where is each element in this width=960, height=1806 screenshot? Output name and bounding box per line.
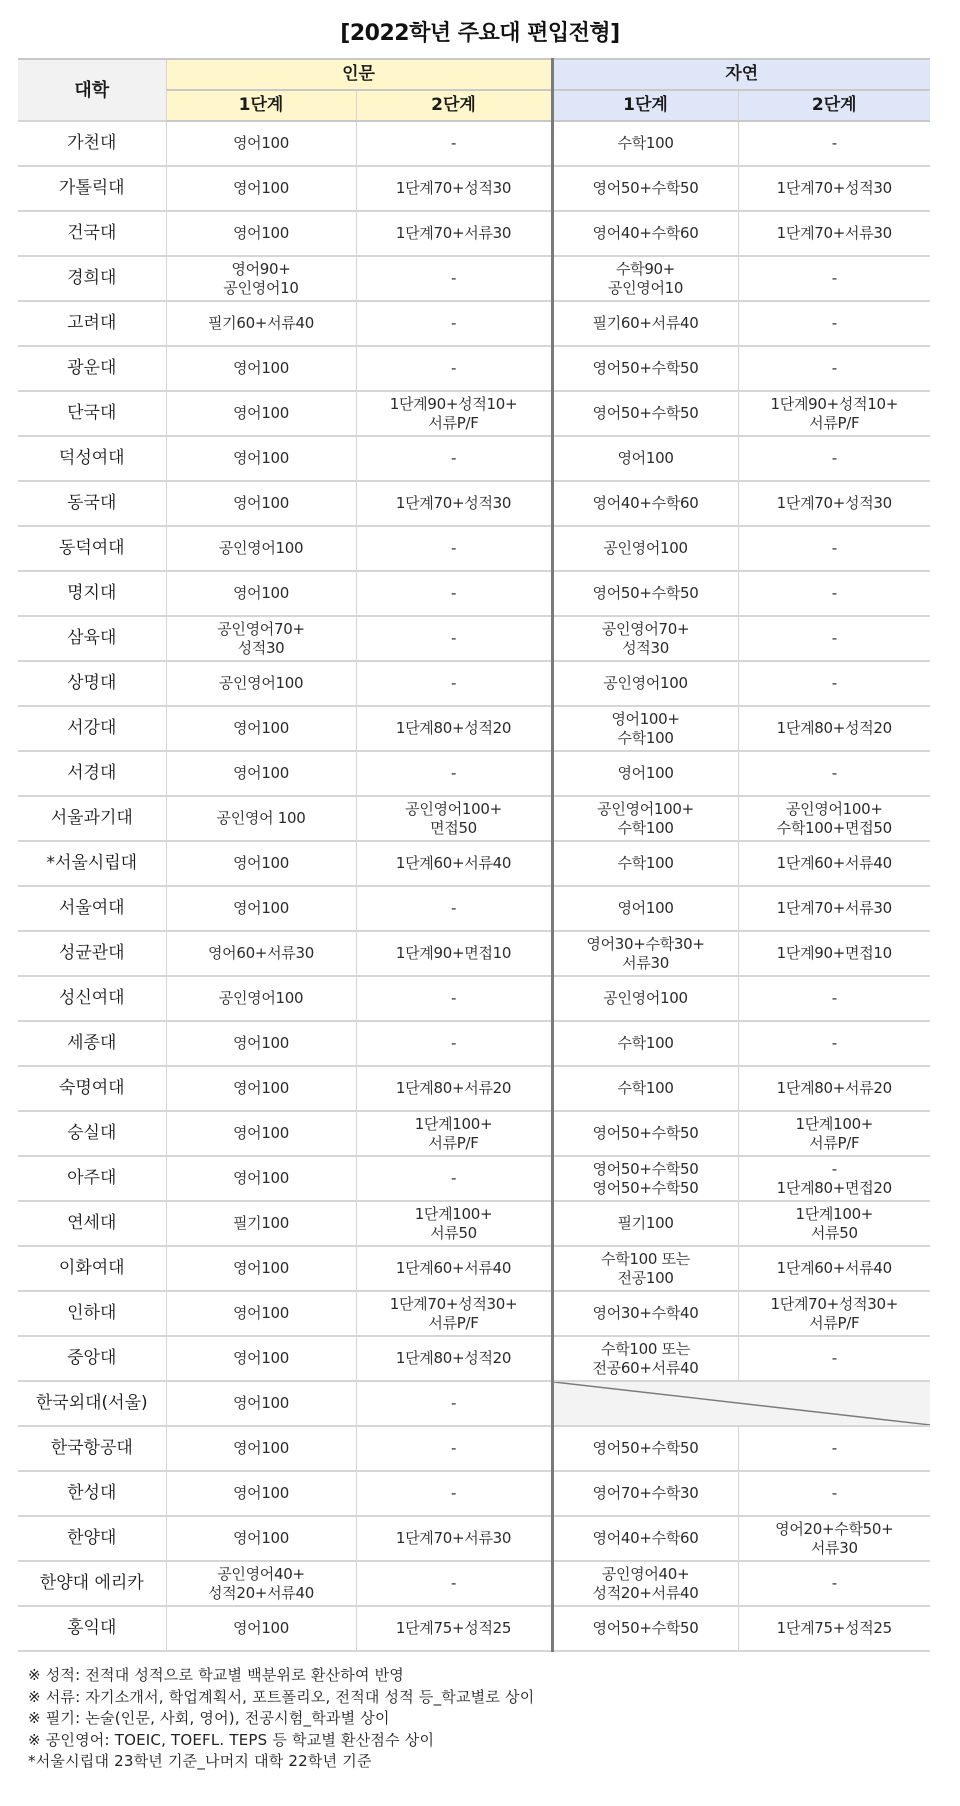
cell-text: 영어40+수학60 [558, 494, 734, 513]
natural-stage2-cell: 1단계80+성적20 [738, 706, 930, 751]
humanities-stage2-cell: - [356, 256, 552, 301]
humanities-stage1-cell: 공인영어100 [166, 526, 356, 571]
cell-text: 1단계75+성적25 [743, 1619, 927, 1638]
cell-text: 1단계70+성적30 [361, 494, 547, 513]
cell-text: 수학100 [558, 134, 734, 153]
cell-text: 1단계70+성적30 [743, 179, 927, 198]
cell-text: 공인영어10 [171, 279, 352, 298]
cell-text: 영어50+수학50 [558, 359, 734, 378]
cell-text: 1단계60+서류40 [743, 854, 927, 873]
natural-stage1-cell: 공인영어100 [552, 526, 738, 571]
cell-text: 영어100 [171, 1484, 352, 1503]
table-row: 한양대영어1001단계70+서류30영어40+수학60영어20+수학50+서류3… [18, 1516, 930, 1561]
cell-text: - [743, 584, 927, 603]
cell-text: 수학100 [558, 854, 734, 873]
university-name: 한성대 [18, 1471, 166, 1516]
natural-stage2-cell: 1단계90+성적10+서류P/F [738, 391, 930, 436]
cell-text: 공인영어100 [171, 674, 352, 693]
cell-text: 1단계90+성적10+ [743, 395, 927, 414]
university-name: 숙명여대 [18, 1066, 166, 1111]
cell-text: 공인영어100+ [558, 800, 734, 819]
natural-stage2-cell: - [738, 751, 930, 796]
natural-stage2-cell: - [738, 1471, 930, 1516]
university-name: 성균관대 [18, 931, 166, 976]
humanities-stage2-cell: 1단계60+서류40 [356, 1246, 552, 1291]
cell-text: 1단계100+ [743, 1115, 927, 1134]
footnote-line: ※ 필기: 논술(인문, 사회, 영어), 전공시험_학과별 상이 [28, 1708, 534, 1730]
natural-stage1-cell: 영어50+수학50 [552, 571, 738, 616]
natural-stage1-cell: 수학100 [552, 841, 738, 886]
table-row: 동국대영어1001단계70+성적30영어40+수학601단계70+성적30 [18, 481, 930, 526]
university-name: 연세대 [18, 1201, 166, 1246]
natural-stage1-cell: 공인영어100+수학100 [552, 796, 738, 841]
cell-text: - [361, 989, 547, 1008]
natural-stage2-cell: 1단계75+성적25 [738, 1606, 930, 1651]
cell-text: 영어100 [171, 899, 352, 918]
natural-stage1-cell: 영어40+수학60 [552, 1516, 738, 1561]
cell-text: 서류50 [361, 1224, 547, 1243]
cell-text: 1단계70+성적30+ [743, 1295, 927, 1314]
cell-text: 서류P/F [361, 414, 547, 433]
natural-stage1-cell: 영어50+수학50 [552, 391, 738, 436]
humanities-stage2-cell: 1단계100+서류P/F [356, 1111, 552, 1156]
humanities-stage1-cell: 영어100 [166, 121, 356, 166]
university-name: 숭실대 [18, 1111, 166, 1156]
cell-text: 전공100 [558, 1269, 734, 1288]
humanities-stage2-cell: - [356, 1021, 552, 1066]
humanities-stage1-cell: 영어100 [166, 1336, 356, 1381]
table-row: 단국대영어1001단계90+성적10+서류P/F영어50+수학501단계90+성… [18, 391, 930, 436]
university-name: 한국항공대 [18, 1426, 166, 1471]
natural-stage2-cell: - [738, 121, 930, 166]
natural-stage2-cell: - [738, 526, 930, 571]
cell-text: - [743, 1484, 927, 1503]
table-row: 세종대영어100-수학100- [18, 1021, 930, 1066]
humanities-stage2-cell: - [356, 886, 552, 931]
humanities-stage1-cell: 영어60+서류30 [166, 931, 356, 976]
university-name: 단국대 [18, 391, 166, 436]
university-name: 광운대 [18, 346, 166, 391]
cell-text: - [361, 899, 547, 918]
natural-stage2-cell: 1단계60+서류40 [738, 841, 930, 886]
university-name: 이화여대 [18, 1246, 166, 1291]
cell-text: 1단계100+ [743, 1205, 927, 1224]
cell-text: 영어90+ [171, 260, 352, 279]
natural-stage1-cell: 필기100 [552, 1201, 738, 1246]
cell-text: 공인영어40+ [558, 1565, 734, 1584]
cell-text: 공인영어 100 [171, 809, 352, 828]
cell-text: 공인영어100 [558, 539, 734, 558]
cell-text: 1단계70+서류30 [743, 899, 927, 918]
cell-text: - [743, 1439, 927, 1458]
natural-stage1-cell: 수학100 또는전공60+서류40 [552, 1336, 738, 1381]
natural-stage2-cell: 1단계90+면접10 [738, 931, 930, 976]
natural-stage2-cell: 1단계100+서류P/F [738, 1111, 930, 1156]
cell-text: 영어100 [171, 449, 352, 468]
natural-stage2-cell: 공인영어100+수학100+면접50 [738, 796, 930, 841]
humanities-stage2-cell: - [356, 751, 552, 796]
humanities-stage2-cell: 1단계70+성적30 [356, 481, 552, 526]
cell-text: - [743, 1160, 927, 1179]
natural-stage1-cell: 수학100 [552, 121, 738, 166]
table-row: 인하대영어1001단계70+성적30+서류P/F영어30+수학401단계70+성… [18, 1291, 930, 1336]
table-row: 성균관대영어60+서류301단계90+면접10영어30+수학30+서류301단계… [18, 931, 930, 976]
cell-text: - [743, 449, 927, 468]
cell-text: 수학100 [558, 729, 734, 748]
table-row: 이화여대영어1001단계60+서류40수학100 또는전공1001단계60+서류… [18, 1246, 930, 1291]
cell-text: 영어100 [171, 584, 352, 603]
natural-stage1-cell: 영어50+수학50 [552, 166, 738, 211]
natural-stage1-cell: 영어50+수학50영어50+수학50 [552, 1156, 738, 1201]
cell-text: 1단계75+성적25 [361, 1619, 547, 1638]
university-name: 한양대 [18, 1516, 166, 1561]
diagonal-slash-icon [554, 1382, 931, 1425]
natural-stage2-cell: -1단계80+면접20 [738, 1156, 930, 1201]
humanities-stage1-cell: 공인영어70+성적30 [166, 616, 356, 661]
cell-text: 1단계70+서류30 [361, 224, 547, 243]
cell-text: 1단계60+서류40 [361, 1259, 547, 1278]
cell-text: 영어30+수학40 [558, 1304, 734, 1323]
cell-text: 서류P/F [361, 1134, 547, 1153]
university-name: 동덕여대 [18, 526, 166, 571]
natural-stage2-cell: - [738, 661, 930, 706]
table-row: 홍익대영어1001단계75+성적25영어50+수학501단계75+성적25 [18, 1606, 930, 1651]
header-row-top: 대학 인문 자연 [18, 59, 930, 90]
cell-text: 공인영어70+ [558, 620, 734, 639]
humanities-stage1-cell: 공인영어100 [166, 661, 356, 706]
cell-text: 영어100 [558, 899, 734, 918]
cell-text: - [743, 629, 927, 648]
cell-text: 1단계80+성적20 [361, 1349, 547, 1368]
cell-text: - [743, 1349, 927, 1368]
cell-text: - [743, 314, 927, 333]
table-row: 서울여대영어100-영어1001단계70+서류30 [18, 886, 930, 931]
humanities-stage1-cell: 영어100 [166, 1246, 356, 1291]
cell-text: 수학90+ [558, 260, 734, 279]
cell-text: 1단계70+성적30 [743, 494, 927, 513]
humanities-stage2-cell: - [356, 616, 552, 661]
cell-text: 1단계70+성적30+ [361, 1295, 547, 1314]
cell-text: - [743, 674, 927, 693]
humanities-stage1-cell: 필기100 [166, 1201, 356, 1246]
humanities-stage2-cell: - [356, 301, 552, 346]
cell-text: 영어100 [171, 1394, 352, 1413]
humanities-stage1-cell: 영어100 [166, 706, 356, 751]
footnote-line: *서울시립대 23학년 기준_나머지 대학 22학년 기준 [28, 1751, 534, 1773]
university-name: 세종대 [18, 1021, 166, 1066]
cell-text: 1단계80+서류20 [361, 1079, 547, 1098]
humanities-stage1-cell: 영어100 [166, 1471, 356, 1516]
humanities-stage2-cell: - [356, 436, 552, 481]
cell-text: 1단계80+성적20 [361, 719, 547, 738]
humanities-stage1-cell: 영어100 [166, 1291, 356, 1336]
cell-text: 영어50+수학50 [558, 1160, 734, 1179]
natural-stage2-cell: 1단계80+서류20 [738, 1066, 930, 1111]
header-humanities-stage2: 2단계 [356, 90, 552, 121]
cell-text: 영어50+수학50 [558, 1619, 734, 1638]
cell-text: 공인영어100 [558, 989, 734, 1008]
cell-text: 영어70+수학30 [558, 1484, 734, 1503]
cell-text: - [361, 1394, 547, 1413]
table-row: 건국대영어1001단계70+서류30영어40+수학601단계70+서류30 [18, 211, 930, 256]
cell-text: - [361, 1169, 547, 1188]
natural-stage2-cell: 1단계70+성적30 [738, 166, 930, 211]
cell-text: 1단계80+면접20 [743, 1179, 927, 1198]
cell-text: 성적30 [171, 639, 352, 658]
cell-text: 공인영어100 [171, 989, 352, 1008]
natural-stage2-cell: 1단계70+성적30 [738, 481, 930, 526]
cell-text: 영어100 [171, 854, 352, 873]
university-name: 서경대 [18, 751, 166, 796]
natural-stage1-cell: 영어100 [552, 751, 738, 796]
cell-text: 영어100 [171, 1619, 352, 1638]
footnote-line: ※ 서류: 자기소개서, 학업계획서, 포트폴리오, 전적대 성적 등_학교별로… [28, 1687, 534, 1709]
cell-text: 영어100 [171, 1169, 352, 1188]
natural-stage1-cell: 필기60+서류40 [552, 301, 738, 346]
table-row: 한국항공대영어100-영어50+수학50- [18, 1426, 930, 1471]
cell-text: 영어50+수학50 [558, 404, 734, 423]
university-name: 중앙대 [18, 1336, 166, 1381]
university-name: 한국외대(서울) [18, 1381, 166, 1426]
cell-text: - [361, 314, 547, 333]
table-row: 고려대필기60+서류40-필기60+서류40- [18, 301, 930, 346]
cell-text: - [361, 764, 547, 783]
cell-text: - [361, 1034, 547, 1053]
university-name: 한양대 에리카 [18, 1561, 166, 1606]
cell-text: 영어100 [171, 1439, 352, 1458]
cell-text: 영어50+수학50 [558, 179, 734, 198]
humanities-stage1-cell: 공인영어 100 [166, 796, 356, 841]
natural-stage1-cell: 영어40+수학60 [552, 481, 738, 526]
humanities-stage2-cell: 1단계75+성적25 [356, 1606, 552, 1651]
cell-text: 영어100+ [558, 710, 734, 729]
cell-text: 1단계70+성적30 [361, 179, 547, 198]
cell-text: 수학100 또는 [558, 1250, 734, 1269]
humanities-stage2-cell: - [356, 571, 552, 616]
cell-text: 필기100 [558, 1214, 734, 1233]
humanities-stage1-cell: 영어100 [166, 571, 356, 616]
humanities-stage1-cell: 영어100 [166, 841, 356, 886]
cell-text: - [743, 1034, 927, 1053]
cell-text: 영어100 [171, 1124, 352, 1143]
footnotes: ※ 성적: 전적대 성적으로 학교별 백분위로 환산하여 반영※ 서류: 자기소… [28, 1665, 534, 1773]
table-row: 중앙대영어1001단계80+성적20수학100 또는전공60+서류40- [18, 1336, 930, 1381]
humanities-stage1-cell: 영어100 [166, 1606, 356, 1651]
university-name: 명지대 [18, 571, 166, 616]
footnote-line: ※ 공인영어: TOEIC, TOEFL. TEPS 등 학교별 환산점수 상이 [28, 1730, 534, 1752]
university-name: 동국대 [18, 481, 166, 526]
humanities-stage2-cell: 공인영어100+면접50 [356, 796, 552, 841]
humanities-stage2-cell: - [356, 1426, 552, 1471]
humanities-stage2-cell: 1단계60+서류40 [356, 841, 552, 886]
humanities-stage2-cell: - [356, 661, 552, 706]
cell-text: - [743, 134, 927, 153]
cell-text: 전공60+서류40 [558, 1359, 734, 1378]
table-row: 삼육대공인영어70+성적30-공인영어70+성적30- [18, 616, 930, 661]
cell-text: 수학100 [558, 1079, 734, 1098]
cell-text: 서류P/F [743, 1134, 927, 1153]
natural-stage1-cell: 영어40+수학60 [552, 211, 738, 256]
cell-text: 영어100 [171, 359, 352, 378]
cell-text: 공인영어70+ [171, 620, 352, 639]
cell-text: 공인영어10 [558, 279, 734, 298]
humanities-stage2-cell: - [356, 526, 552, 571]
cell-text: 서류P/F [743, 414, 927, 433]
cell-text: - [743, 359, 927, 378]
cell-text: 수학100+면접50 [743, 819, 927, 838]
humanities-stage1-cell: 영어100 [166, 481, 356, 526]
cell-text: 서류50 [743, 1224, 927, 1243]
table-body: 가천대영어100-수학100-가톨릭대영어1001단계70+성적30영어50+수… [18, 121, 930, 1651]
table-row: 한양대 에리카공인영어40+성적20+서류40-공인영어40+성적20+서류40… [18, 1561, 930, 1606]
header-natural: 자연 [552, 59, 930, 90]
university-name: 홍익대 [18, 1606, 166, 1651]
humanities-stage2-cell: - [356, 121, 552, 166]
university-name: 상명대 [18, 661, 166, 706]
humanities-stage2-cell: 1단계80+성적20 [356, 1336, 552, 1381]
humanities-stage2-cell: 1단계80+성적20 [356, 706, 552, 751]
university-name: 서울여대 [18, 886, 166, 931]
cell-text: 영어100 [171, 404, 352, 423]
table-row: 명지대영어100-영어50+수학50- [18, 571, 930, 616]
natural-stage2-cell: - [738, 256, 930, 301]
cell-text: 공인영어100 [558, 674, 734, 693]
cell-text: 1단계70+서류30 [743, 224, 927, 243]
humanities-stage1-cell: 영어100 [166, 391, 356, 436]
cell-text: 1단계70+서류30 [361, 1529, 547, 1548]
cell-text: 공인영어100+ [743, 800, 927, 819]
humanities-stage2-cell: - [356, 1381, 552, 1426]
cell-text: 필기60+서류40 [171, 314, 352, 333]
table-row: *서울시립대영어1001단계60+서류40수학1001단계60+서류40 [18, 841, 930, 886]
university-name: 덕성여대 [18, 436, 166, 481]
natural-stage1-cell: 영어50+수학50 [552, 1111, 738, 1156]
natural-stage2-cell: - [738, 436, 930, 481]
cell-text: - [361, 269, 547, 288]
cell-text: 공인영어40+ [171, 1565, 352, 1584]
cell-text: - [361, 359, 547, 378]
humanities-stage2-cell: - [356, 1156, 552, 1201]
cell-text: - [743, 539, 927, 558]
table-row: 한성대영어100-영어70+수학30- [18, 1471, 930, 1516]
table-row: 성신여대공인영어100-공인영어100- [18, 976, 930, 1021]
cell-text: 1단계80+성적20 [743, 719, 927, 738]
humanities-stage2-cell: 1단계80+서류20 [356, 1066, 552, 1111]
natural-stage1-cell: 공인영어70+성적30 [552, 616, 738, 661]
humanities-stage2-cell: 1단계70+서류30 [356, 211, 552, 256]
cell-text: 서류30 [558, 954, 734, 973]
humanities-stage1-cell: 영어100 [166, 1111, 356, 1156]
humanities-stage1-cell: 영어100 [166, 1516, 356, 1561]
cell-text: 영어100 [171, 1529, 352, 1548]
cell-text: - [743, 269, 927, 288]
footnote-line: ※ 성적: 전적대 성적으로 학교별 백분위로 환산하여 반영 [28, 1665, 534, 1687]
humanities-stage2-cell: - [356, 346, 552, 391]
header-natural-stage1: 1단계 [552, 90, 738, 121]
humanities-stage1-cell: 영어100 [166, 1066, 356, 1111]
cell-text: 영어100 [558, 764, 734, 783]
cell-text: 영어100 [171, 1304, 352, 1323]
natural-stage1-cell: 공인영어100 [552, 661, 738, 706]
natural-stage1-cell: 영어50+수학50 [552, 1426, 738, 1471]
cell-text: 영어30+수학30+ [558, 935, 734, 954]
natural-stage2-cell: 영어20+수학50+서류30 [738, 1516, 930, 1561]
university-name: *서울시립대 [18, 841, 166, 886]
natural-stage1-cell: 영어100 [552, 886, 738, 931]
table-row: 동덕여대공인영어100-공인영어100- [18, 526, 930, 571]
natural-stage2-cell: 1단계100+서류50 [738, 1201, 930, 1246]
university-name: 가톨릭대 [18, 166, 166, 211]
cell-text: 1단계100+ [361, 1205, 547, 1224]
humanities-stage2-cell: 1단계70+서류30 [356, 1516, 552, 1561]
not-applicable-cell [552, 1381, 930, 1426]
cell-text: 영어100 [558, 449, 734, 468]
cell-text: - [361, 1484, 547, 1503]
humanities-stage1-cell: 영어100 [166, 1156, 356, 1201]
table-row: 덕성여대영어100-영어100- [18, 436, 930, 481]
table-row: 서강대영어1001단계80+성적20영어100+수학1001단계80+성적20 [18, 706, 930, 751]
humanities-stage1-cell: 영어100 [166, 751, 356, 796]
cell-text: 공인영어100 [171, 539, 352, 558]
natural-stage2-cell: - [738, 616, 930, 661]
natural-stage2-cell: - [738, 1561, 930, 1606]
natural-stage2-cell: - [738, 1336, 930, 1381]
natural-stage1-cell: 영어30+수학40 [552, 1291, 738, 1336]
cell-text: 영어40+수학60 [558, 1529, 734, 1548]
cell-text: 영어20+수학50+ [743, 1520, 927, 1539]
natural-stage2-cell: 1단계70+성적30+서류P/F [738, 1291, 930, 1336]
natural-stage2-cell: 1단계70+서류30 [738, 211, 930, 256]
natural-stage1-cell: 영어50+수학50 [552, 1606, 738, 1651]
cell-text: 영어50+수학50 [558, 584, 734, 603]
cell-text: - [743, 764, 927, 783]
natural-stage1-cell: 공인영어40+성적20+서류40 [552, 1561, 738, 1606]
cell-text: 1단계60+서류40 [743, 1259, 927, 1278]
table-row: 서경대영어100-영어100- [18, 751, 930, 796]
cell-text: 수학100 [558, 1034, 734, 1053]
humanities-stage2-cell: 1단계90+면접10 [356, 931, 552, 976]
cell-text: 영어100 [171, 719, 352, 738]
cell-text: 필기60+서류40 [558, 314, 734, 333]
table-row: 연세대필기1001단계100+서류50필기1001단계100+서류50 [18, 1201, 930, 1246]
cell-text: - [361, 539, 547, 558]
humanities-stage2-cell: 1단계90+성적10+서류P/F [356, 391, 552, 436]
table-row: 가천대영어100-수학100- [18, 121, 930, 166]
humanities-stage1-cell: 공인영어100 [166, 976, 356, 1021]
humanities-stage2-cell: 1단계100+서류50 [356, 1201, 552, 1246]
humanities-stage1-cell: 영어100 [166, 346, 356, 391]
natural-stage1-cell: 수학90+공인영어10 [552, 256, 738, 301]
university-name: 인하대 [18, 1291, 166, 1336]
natural-stage1-cell: 수학100 또는전공100 [552, 1246, 738, 1291]
cell-text: - [361, 1574, 547, 1593]
cell-text: 1단계90+성적10+ [361, 395, 547, 414]
humanities-stage2-cell: - [356, 1471, 552, 1516]
cell-text: 면접50 [361, 819, 547, 838]
university-name: 성신여대 [18, 976, 166, 1021]
natural-stage2-cell: - [738, 1426, 930, 1471]
natural-stage2-cell: - [738, 346, 930, 391]
cell-text: 서류P/F [743, 1314, 927, 1333]
cell-text: 1단계90+면접10 [361, 944, 547, 963]
cell-text: 영어40+수학60 [558, 224, 734, 243]
cell-text: - [361, 134, 547, 153]
table-row: 한국외대(서울)영어100- [18, 1381, 930, 1426]
cell-text: 영어60+서류30 [171, 944, 352, 963]
cell-text: 영어100 [171, 179, 352, 198]
humanities-stage1-cell: 영어100 [166, 211, 356, 256]
humanities-stage2-cell: 1단계70+성적30 [356, 166, 552, 211]
